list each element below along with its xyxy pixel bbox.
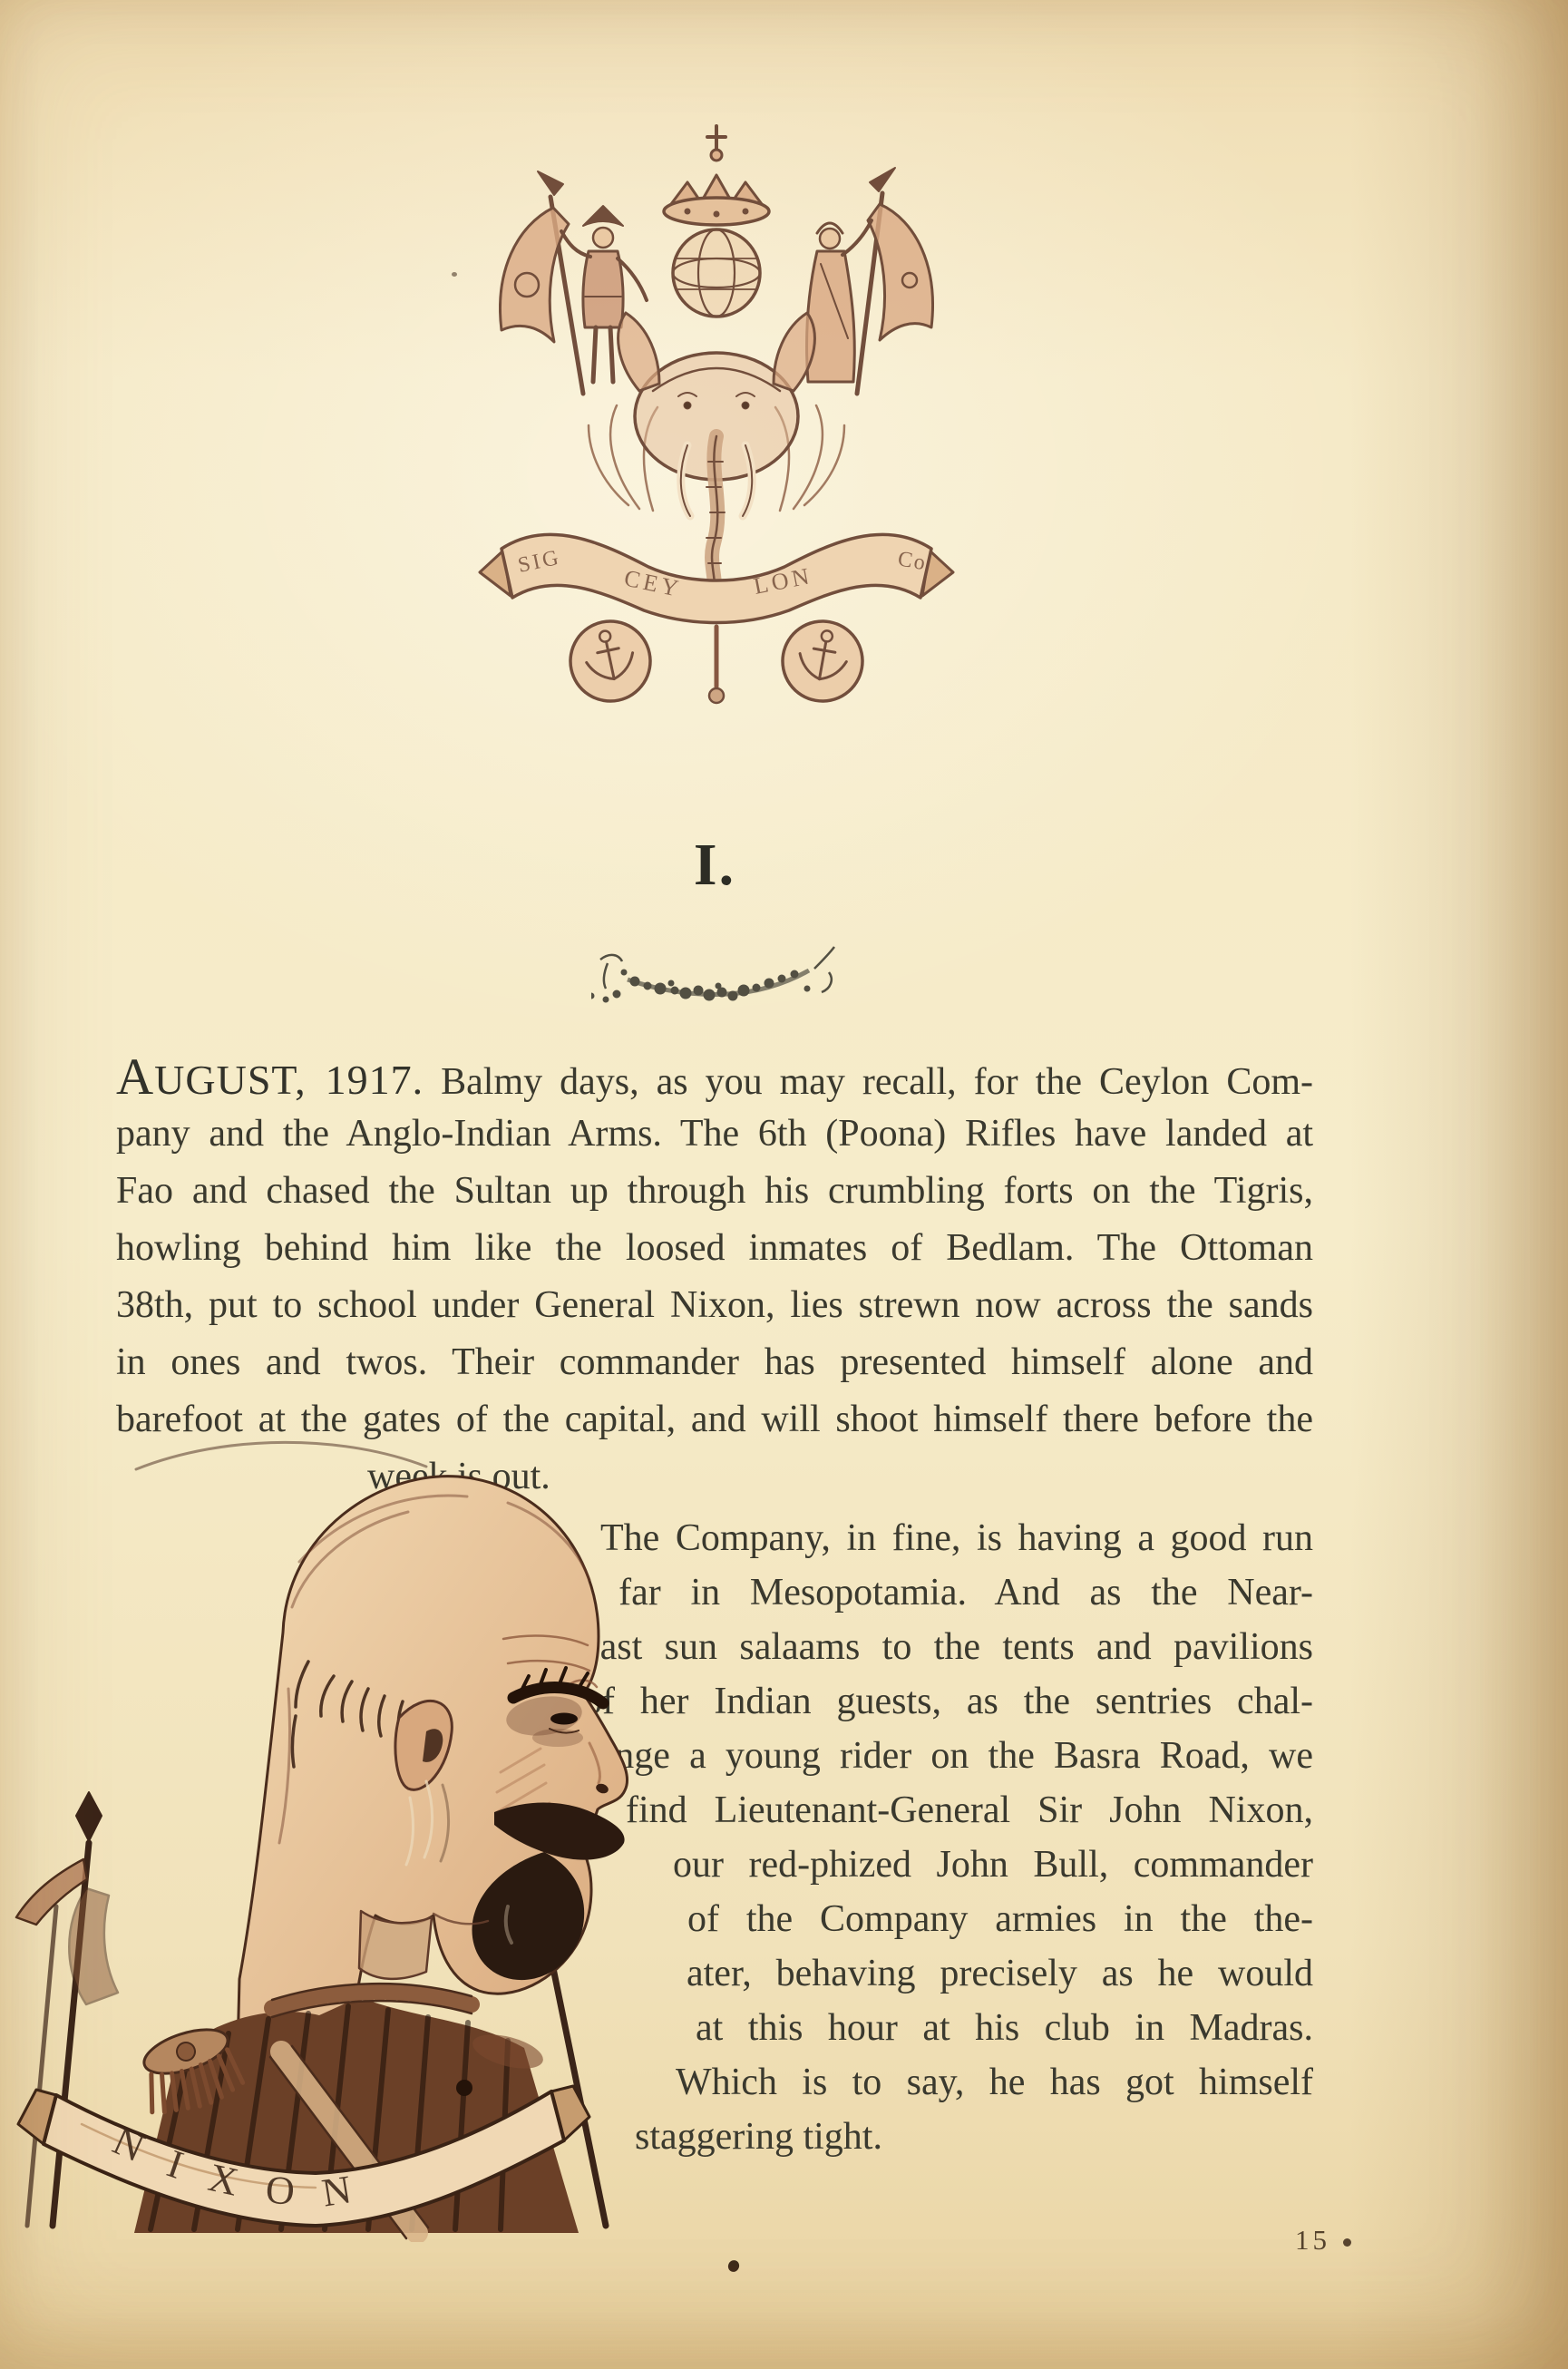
text-line: pany and the Anglo-Indian Arms. The 6th …	[116, 1106, 1313, 1163]
text-line: Fao and chased the Sultan up through his…	[116, 1163, 1313, 1220]
page-number: 15	[1295, 2224, 1422, 2257]
page-number-value: 15	[1295, 2224, 1330, 2256]
text-line: 38th, put to school under General Nixon,…	[116, 1277, 1313, 1334]
drop-cap: A	[116, 1048, 154, 1106]
page-number-dot	[1343, 2238, 1351, 2247]
elephant-icon	[618, 313, 815, 596]
head-top-stroke	[136, 1442, 426, 1469]
ink-speck	[452, 272, 457, 277]
uniform-button	[456, 2080, 472, 2096]
lead-caps: UGUST, 1917.	[154, 1057, 424, 1103]
text-line: in ones and twos. Their commander has pr…	[116, 1334, 1313, 1391]
text-line: howling behind him like the loosed inmat…	[116, 1220, 1313, 1277]
crown-icon	[664, 126, 769, 225]
right-flag	[857, 168, 932, 394]
text-line: AUGUST, 1917. Balmy days, as you may rec…	[116, 1048, 1313, 1106]
left-flag	[501, 171, 583, 394]
globe-icon	[673, 229, 760, 317]
shoulder-pennant	[69, 1888, 118, 2004]
eye	[550, 1713, 578, 1725]
anchor-medallion-right	[776, 615, 869, 707]
chapter-numeral: I.	[116, 831, 1313, 900]
text-line-rest: Balmy days, as you may recall, for the C…	[424, 1061, 1313, 1103]
ceylon-company-crest-illustration: SIG CEY LON Co	[467, 116, 966, 744]
flourish-ornament	[591, 936, 842, 1009]
book-page: SIG CEY LON Co I.	[0, 0, 1568, 2369]
ink-speck	[726, 2258, 741, 2274]
anchor-medallion-left	[563, 614, 657, 708]
banner-text-co: Co	[896, 547, 929, 575]
nixon-portrait-illustration: NIXON	[0, 1408, 635, 2242]
crest-tassel-tip	[709, 688, 724, 703]
